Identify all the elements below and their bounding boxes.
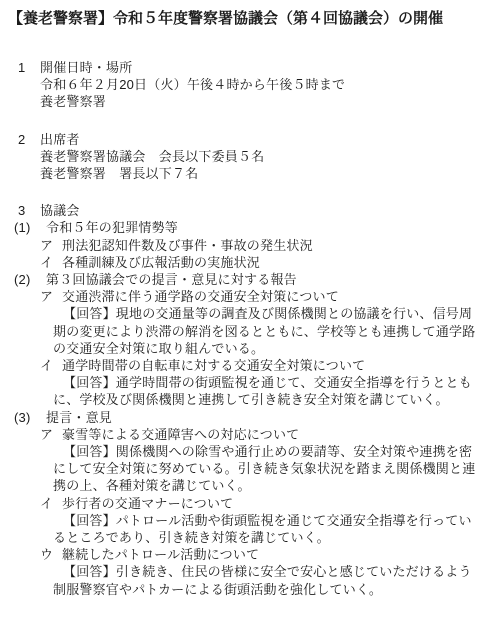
- line-text: 刑法犯認知件数及び事件・事故の発生状況: [62, 238, 313, 253]
- document-body: 1開催日時・場所令和６年２月20日（火）午後４時から午後５時まで養老警察署2出席…: [0, 59, 499, 598]
- answer-continuation-line: にして安全対策に努めている。引き続き気象状況を踏まえ関係機関と連: [0, 460, 499, 477]
- line-text: 第３回協議会での提言・意見に対する報告: [46, 272, 297, 287]
- line-marker: 3: [18, 202, 40, 219]
- line-text: 【回答】関係機関への除雪や通行止めの要請等、安全対策や連携を密: [63, 444, 472, 459]
- list-item: イ通学時間帯の自転車に対する交通安全対策について: [0, 357, 499, 374]
- line-text: 携の上、各種対策を講じていく。: [53, 478, 251, 493]
- line-marker: イ: [40, 254, 62, 271]
- list-item: ウ継続したパトロール活動について: [0, 546, 499, 563]
- line-text: るところであり、引き続き対策を講じていく。: [53, 530, 330, 545]
- line-text: 提言・意見: [46, 410, 112, 425]
- line-text: 期の変更により渋滞の解消を図るとともに、学校等とも連携して通学路: [53, 324, 475, 339]
- list-item: イ各種訓練及び広報活動の実施状況: [0, 254, 499, 271]
- line-marker: ア: [40, 426, 62, 443]
- list-item: ア交通渋滞に伴う通学路の交通安全対策について: [0, 288, 499, 305]
- line-text: 開催日時・場所: [40, 60, 132, 75]
- line-text: 各種訓練及び広報活動の実施状況: [62, 255, 260, 270]
- line-marker: イ: [40, 495, 62, 512]
- line-text: 交通渋滞に伴う通学路の交通安全対策について: [62, 289, 339, 304]
- answer-paragraph-line: 【回答】引き続き、住民の皆様に安全で安心と感じていただけるよう: [0, 563, 499, 580]
- section-heading: 2出席者: [0, 131, 499, 148]
- line-text: に、学校及び関係機関と連携して引き続き安全対策を講じていく。: [53, 392, 449, 407]
- answer-continuation-line: 制服警察官やパトカーによる街頭活動を強化していく。: [0, 581, 499, 598]
- subsection-heading: (3)提言・意見: [0, 409, 499, 426]
- line-marker: (1): [14, 219, 46, 236]
- list-item: ア豪雪等による交通障害への対応について: [0, 426, 499, 443]
- line-text: 豪雪等による交通障害への対応について: [62, 427, 299, 442]
- document-page: 【養老警察署】令和５年度警察署協議会（第４回協議会）の開催 1開催日時・場所令和…: [0, 0, 499, 626]
- line-text: 令和６年２月20日（火）午後４時から午後５時まで: [40, 77, 345, 92]
- line-text: 制服警察官やパトカーによる街頭活動を強化していく。: [53, 582, 382, 597]
- line-marker: 2: [18, 131, 40, 148]
- line-text: 養老警察署: [40, 94, 106, 109]
- line-text: 【回答】パトロール活動や街頭監視を通じて交通安全指導を行ってい: [63, 513, 472, 528]
- list-item: イ歩行者の交通マナーについて: [0, 495, 499, 512]
- line-marker: (2): [14, 271, 46, 288]
- line-text: 通学時間帯の自転車に対する交通安全対策について: [62, 358, 365, 373]
- line-text: 出席者: [40, 132, 80, 147]
- subsection-heading: (1)令和５年の犯罪情勢等: [0, 219, 499, 236]
- page-title: 【養老警察署】令和５年度警察署協議会（第４回協議会）の開催: [0, 0, 499, 30]
- answer-continuation-line: るところであり、引き続き対策を講じていく。: [0, 529, 499, 546]
- subsection-heading: (2)第３回協議会での提言・意見に対する報告: [0, 271, 499, 288]
- line-text: 令和５年の犯罪情勢等: [46, 220, 178, 235]
- line-text: 【回答】通学時間帯の街頭監視を通じて、交通安全指導を行うととも: [63, 375, 472, 390]
- answer-paragraph-line: 【回答】関係機関への除雪や通行止めの要請等、安全対策や連携を密: [0, 443, 499, 460]
- line-text: 【回答】現地の交通量等の調査及び関係機関との協議を行い、信号周: [63, 306, 472, 321]
- list-item: ア刑法犯認知件数及び事件・事故の発生状況: [0, 237, 499, 254]
- line-text: にして安全対策に努めている。引き続き気象状況を踏まえ関係機関と連: [53, 461, 475, 476]
- answer-paragraph-line: 【回答】パトロール活動や街頭監視を通じて交通安全指導を行ってい: [0, 512, 499, 529]
- section-body-line: 養老警察署: [0, 93, 499, 110]
- line-text: 継続したパトロール活動について: [62, 547, 259, 562]
- answer-continuation-line: 期の変更により渋滞の解消を図るとともに、学校等とも連携して通学路: [0, 323, 499, 340]
- answer-paragraph-line: 【回答】現地の交通量等の調査及び関係機関との協議を行い、信号周: [0, 305, 499, 322]
- section-heading: 1開催日時・場所: [0, 59, 499, 76]
- line-marker: イ: [40, 357, 62, 374]
- answer-paragraph-line: 【回答】通学時間帯の街頭監視を通じて、交通安全指導を行うととも: [0, 374, 499, 391]
- answer-continuation-line: の交通安全対策に取り組んでいる。: [0, 340, 499, 357]
- line-marker: ア: [40, 288, 62, 305]
- line-marker: ウ: [40, 546, 62, 563]
- line-text: 協議会: [40, 203, 80, 218]
- line-text: の交通安全対策に取り組んでいる。: [53, 341, 264, 356]
- line-text: 養老警察署協議会 会長以下委員５名: [40, 149, 264, 164]
- answer-continuation-line: 携の上、各種対策を講じていく。: [0, 477, 499, 494]
- line-marker: 1: [18, 59, 40, 76]
- line-text: 【回答】引き続き、住民の皆様に安全で安心と感じていただけるよう: [63, 564, 472, 579]
- answer-continuation-line: に、学校及び関係機関と連携して引き続き安全対策を講じていく。: [0, 391, 499, 408]
- line-text: 歩行者の交通マナーについて: [62, 496, 233, 511]
- line-marker: (3): [14, 409, 46, 426]
- line-marker: ア: [40, 237, 62, 254]
- section-body-line: 養老警察署協議会 会長以下委員５名: [0, 148, 499, 165]
- line-text: 養老警察署 署長以下７名: [40, 166, 198, 181]
- section-body-line: 養老警察署 署長以下７名: [0, 165, 499, 182]
- section-body-line: 令和６年２月20日（火）午後４時から午後５時まで: [0, 76, 499, 93]
- section-heading: 3協議会: [0, 202, 499, 219]
